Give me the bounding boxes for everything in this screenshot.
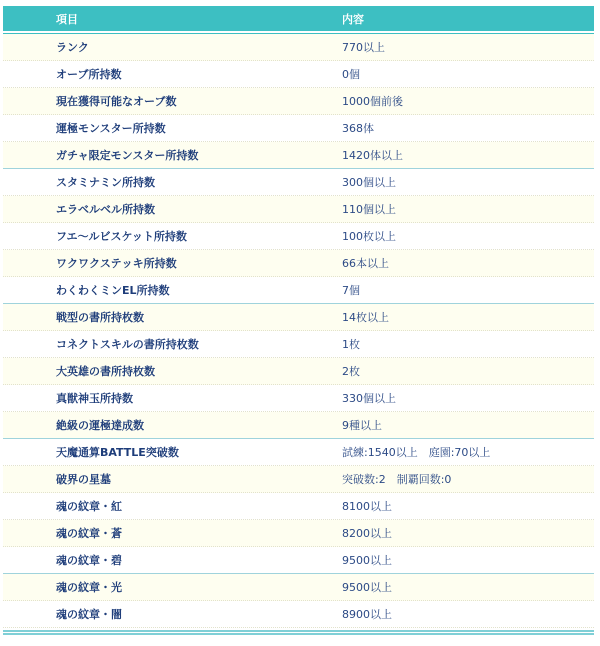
row-item-label: 魂の紋章・光: [56, 579, 122, 595]
row-item-label: 魂の紋章・蒼: [56, 525, 122, 541]
table-row: ガチャ限定モンスター所持数1420体以上: [3, 142, 594, 169]
row-item-label: わくわくミンEL所持数: [56, 282, 170, 298]
row-item-label: 大英雄の書所持枚数: [56, 363, 155, 379]
table-bottom-border: [3, 630, 594, 635]
table-row: 現在獲得可能なオーブ数1000個前後: [3, 88, 594, 115]
row-content-value: 9種以上: [342, 417, 382, 433]
row-item-label: 絶級の運極達成数: [56, 417, 144, 433]
table-row: オーブ所持数0個: [3, 61, 594, 88]
header-item: 項目: [56, 11, 78, 27]
row-item-label: エラベルベル所持数: [56, 201, 155, 217]
table-row: フエ～ルビスケット所持数100枚以上: [3, 223, 594, 250]
row-content-value: 8100以上: [342, 498, 392, 514]
table-row: 大英雄の書所持枚数2枚: [3, 358, 594, 385]
row-content-value: 14枚以上: [342, 309, 389, 325]
row-content-value: 0個: [342, 66, 360, 82]
table-row: 魂の紋章・蒼8200以上: [3, 520, 594, 547]
row-item-label: 現在獲得可能なオーブ数: [56, 93, 176, 109]
row-item-label: 運極モンスター所持数: [56, 120, 166, 136]
row-item-label: フエ～ルビスケット所持数: [56, 228, 187, 244]
row-content-value: 9500以上: [342, 579, 392, 595]
row-item-label: スタミナミン所持数: [56, 174, 155, 190]
table-row: わくわくミンEL所持数7個: [3, 277, 594, 304]
table-row: ワクワクステッキ所持数66本以上: [3, 250, 594, 277]
table-row: 絶級の運極達成数9種以上: [3, 412, 594, 439]
table-row: 運極モンスター所持数368体: [3, 115, 594, 142]
row-content-value: 330個以上: [342, 390, 396, 406]
table-row: 真獣神玉所持数330個以上: [3, 385, 594, 412]
row-item-label: ワクワクステッキ所持数: [56, 255, 177, 271]
row-content-value: 1420体以上: [342, 147, 403, 163]
row-content-value: 1000個前後: [342, 93, 403, 109]
row-item-label: ガチャ限定モンスター所持数: [56, 147, 198, 163]
row-content-value: 8200以上: [342, 525, 392, 541]
row-content-value: 8900以上: [342, 606, 392, 622]
row-content-value: 9500以上: [342, 552, 392, 568]
row-content-value: 7個: [342, 282, 360, 298]
table-row: コネクトスキルの書所持枚数1枚: [3, 331, 594, 358]
row-item-label: 天魔通算BATTLE突破数: [56, 444, 179, 460]
row-item-label: ランク: [56, 39, 89, 55]
row-content-value: 試練:1540以上 庭園:70以上: [342, 444, 490, 460]
row-content-value: 1枚: [342, 336, 360, 352]
table-row: 魂の紋章・光9500以上: [3, 574, 594, 601]
row-item-label: 魂の紋章・闇: [56, 606, 122, 622]
table-row: 魂の紋章・闇8900以上: [3, 601, 594, 628]
table-row: エラベルベル所持数110個以上: [3, 196, 594, 223]
table-row: 戦型の書所持枚数14枚以上: [3, 304, 594, 331]
row-item-label: オーブ所持数: [56, 66, 121, 82]
table-row: 魂の紋章・碧9500以上: [3, 547, 594, 574]
row-item-label: 破界の星墓: [56, 471, 111, 487]
row-content-value: 66本以上: [342, 255, 389, 271]
row-content-value: 300個以上: [342, 174, 396, 190]
row-content-value: 368体: [342, 120, 374, 136]
row-item-label: 魂の紋章・紅: [56, 498, 122, 514]
row-content-value: 2枚: [342, 363, 360, 379]
table-body: ランク770以上オーブ所持数0個現在獲得可能なオーブ数1000個前後運極モンスタ…: [3, 34, 594, 628]
header-content: 内容: [342, 11, 364, 27]
row-item-label: 魂の紋章・碧: [56, 552, 122, 568]
row-content-value: 100枚以上: [342, 228, 396, 244]
table-row: スタミナミン所持数300個以上: [3, 169, 594, 196]
row-content-value: 110個以上: [342, 201, 396, 217]
row-item-label: 戦型の書所持枚数: [56, 309, 144, 325]
row-item-label: コネクトスキルの書所持枚数: [56, 336, 199, 352]
table-row: ランク770以上: [3, 34, 594, 61]
row-content-value: 770以上: [342, 39, 385, 55]
row-content-value: 突破数:2 制覇回数:0: [342, 471, 451, 487]
table-row: 破界の星墓突破数:2 制覇回数:0: [3, 466, 594, 493]
table-row: 天魔通算BATTLE突破数試練:1540以上 庭園:70以上: [3, 439, 594, 466]
table-row: 魂の紋章・紅8100以上: [3, 493, 594, 520]
table-header: 項目 内容: [3, 6, 594, 33]
row-item-label: 真獣神玉所持数: [56, 390, 133, 406]
account-info-table: 項目 内容 ランク770以上オーブ所持数0個現在獲得可能なオーブ数1000個前後…: [3, 6, 594, 635]
